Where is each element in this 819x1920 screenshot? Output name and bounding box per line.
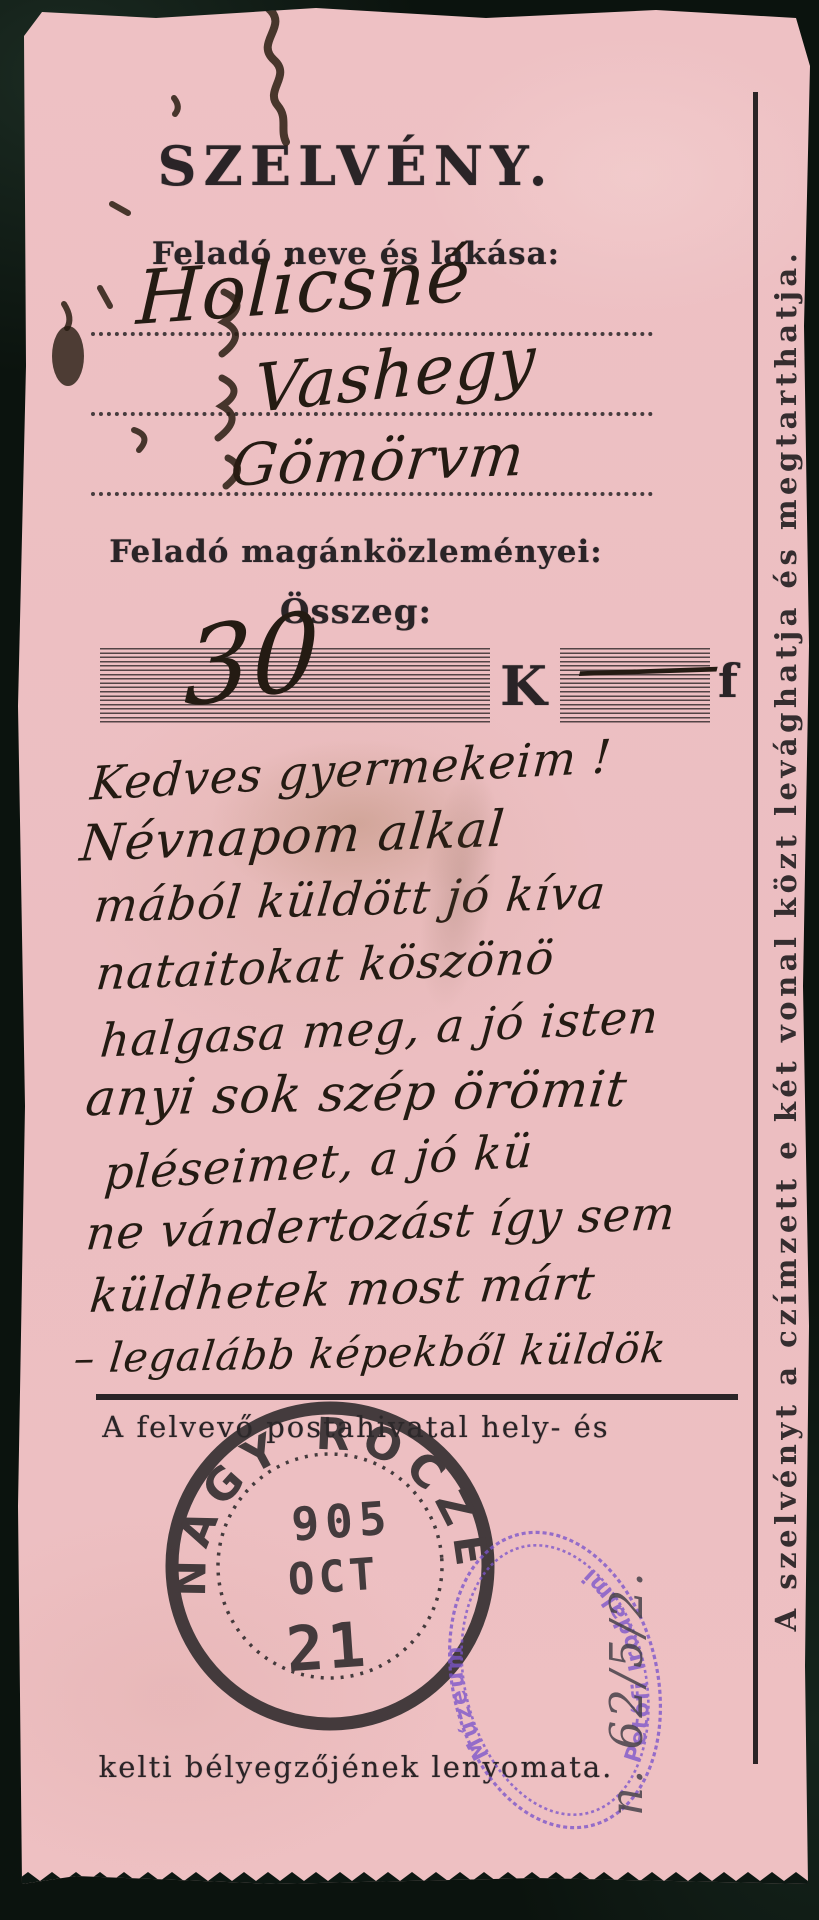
handwritten-filler-dash: —: [566, 621, 731, 710]
korona-unit-label: K: [500, 654, 547, 718]
ink-apostrophe: [174, 98, 178, 114]
postmark-month: OCT: [286, 1549, 381, 1606]
scanned-postal-coupon: SZELVÉNY. Feladó neve és lakása: Holicsn…: [0, 0, 819, 1920]
side-cut-note: A szelvényt a czímzett e két vonal közt …: [764, 120, 808, 1760]
ink-squiggle-top: [268, 8, 286, 142]
handwritten-sender-county: Gömörvm: [228, 421, 529, 500]
private-message-label: Feladó magánközleményei:: [56, 534, 656, 570]
ink-blot: [52, 326, 84, 386]
coupon-title: SZELVÉNY.: [56, 134, 656, 198]
handwritten-amount-value: 30: [182, 588, 322, 732]
postmark-year: 905: [290, 1491, 395, 1552]
cut-line: [753, 92, 758, 1764]
ink-mark: [112, 204, 128, 213]
ink-mark: [100, 288, 110, 306]
svg-text:Múzeum: Múzeum: [434, 1639, 496, 1766]
perforation-teeth: [16, 1872, 810, 1884]
museum-stamp-name-line2: Múzeum: [434, 1639, 496, 1766]
coupon-paper: SZELVÉNY. Feladó neve és lakása: Holicsn…: [16, 6, 810, 1884]
ink-mark: [134, 430, 144, 450]
postmark-day: 21: [284, 1608, 372, 1687]
handwritten-inventory-number: n. 62/5/2.: [601, 1526, 653, 1816]
ink-curl: [218, 378, 234, 438]
ink-mark: [64, 304, 69, 328]
handwritten-message: Kedves gyermekeim ! Névnapom alkal mából…: [74, 736, 684, 1386]
perforation-edge: [16, 1866, 810, 1884]
